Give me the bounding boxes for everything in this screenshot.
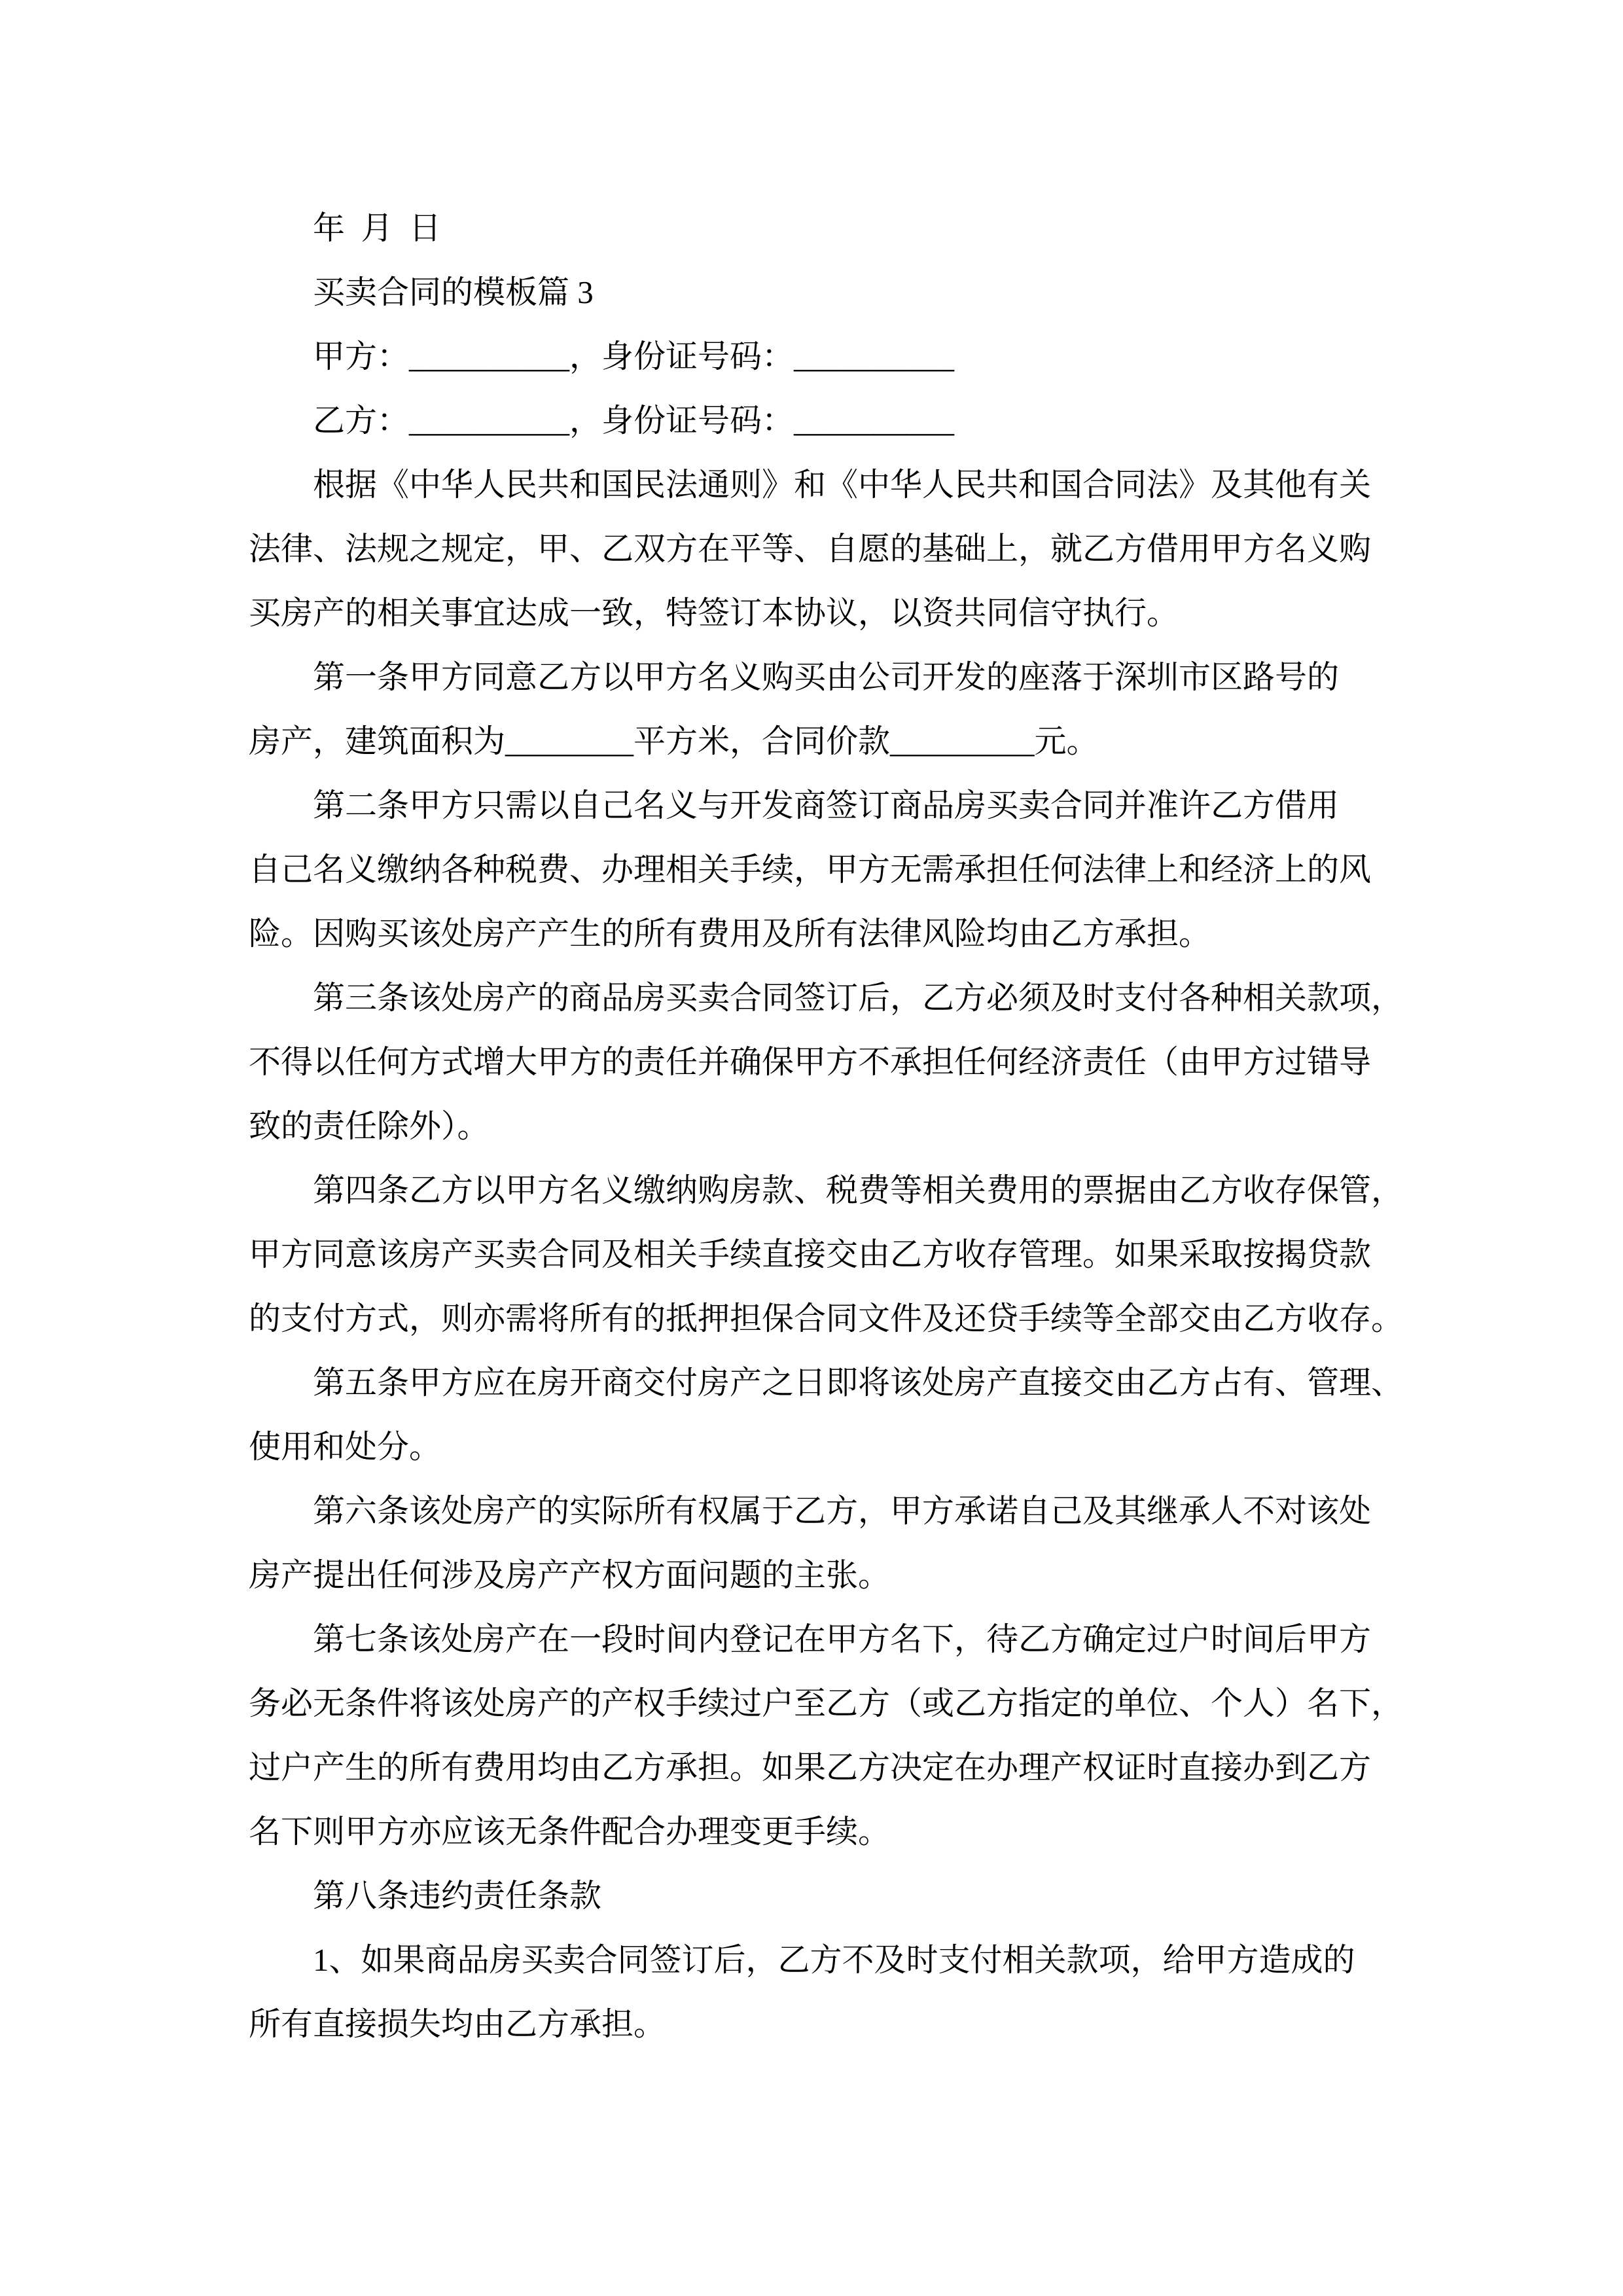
clause-8-item-1-line-2: 所有直接损失均由乙方承担。 — [249, 1992, 1400, 2056]
clause-3-line-2: 不得以任何方式增大甲方的责任并确保甲方不承担任何经济责任（由甲方过错导 — [249, 1030, 1400, 1094]
clause-3-line-1: 第三条该处房产的商品房买卖合同签订后，乙方必须及时支付各种相关款项， — [249, 966, 1400, 1030]
clause-1-line-1: 第一条甲方同意乙方以甲方名义购买由公司开发的座落于深圳市区路号的 — [249, 645, 1400, 709]
clause-4-line-3: 的支付方式，则亦需将所有的抵押担保合同文件及还贷手续等全部交由乙方收存。 — [249, 1287, 1400, 1351]
document-body: 年 月 日买卖合同的模板篇 3甲方：__________，身份证号码：_____… — [249, 196, 1400, 2056]
date-blank-line: 年 月 日 — [249, 196, 1400, 260]
clause-7-line-4: 名下则甲方亦应该无条件配合办理变更手续。 — [249, 1800, 1400, 1864]
clause-2-line-2: 自己名义缴纳各种税费、办理相关手续，甲方无需承担任何法律上和经济上的风 — [249, 838, 1400, 902]
template-title: 买卖合同的模板篇 3 — [249, 260, 1400, 325]
preamble-line-2: 法律、法规之规定，甲、乙双方在平等、自愿的基础上，就乙方借用甲方名义购 — [249, 517, 1400, 581]
clause-8-item-1-line-1: 1、如果商品房买卖合同签订后，乙方不及时支付相关款项，给甲方造成的 — [249, 1928, 1400, 1992]
clause-7-line-1: 第七条该处房产在一段时间内登记在甲方名下，待乙方确定过户时间后甲方 — [249, 1607, 1400, 1672]
clause-5-line-2: 使用和处分。 — [249, 1415, 1400, 1479]
party-a-line: 甲方：__________，身份证号码：__________ — [249, 325, 1400, 389]
preamble-line-3: 买房产的相关事宜达成一致，特签订本协议，以资共同信守执行。 — [249, 581, 1400, 645]
clause-3-line-3: 致的责任除外）。 — [249, 1094, 1400, 1158]
clause-8-heading: 第八条违约责任条款 — [249, 1864, 1400, 1928]
clause-1-line-2: 房产，建筑面积为________平方米，合同价款_________元。 — [249, 709, 1400, 774]
document-page: 年 月 日买卖合同的模板篇 3甲方：__________，身份证号码：_____… — [0, 0, 1623, 2296]
clause-6-line-1: 第六条该处房产的实际所有权属于乙方，甲方承诺自己及其继承人不对该处 — [249, 1479, 1400, 1543]
preamble-line-1: 根据《中华人民共和国民法通则》和《中华人民共和国合同法》及其他有关 — [249, 453, 1400, 517]
party-b-line: 乙方：__________，身份证号码：__________ — [249, 389, 1400, 453]
clause-4-line-1: 第四条乙方以甲方名义缴纳购房款、税费等相关费用的票据由乙方收存保管， — [249, 1158, 1400, 1223]
clause-5-line-1: 第五条甲方应在房开商交付房产之日即将该处房产直接交由乙方占有、管理、 — [249, 1351, 1400, 1415]
clause-2-line-1: 第二条甲方只需以自己名义与开发商签订商品房买卖合同并准许乙方借用 — [249, 774, 1400, 838]
clause-4-line-2: 甲方同意该房产买卖合同及相关手续直接交由乙方收存管理。如果采取按揭贷款 — [249, 1223, 1400, 1287]
clause-7-line-2: 务必无条件将该处房产的产权手续过户至乙方（或乙方指定的单位、个人）名下， — [249, 1672, 1400, 1736]
clause-7-line-3: 过户产生的所有费用均由乙方承担。如果乙方决定在办理产权证时直接办到乙方 — [249, 1736, 1400, 1800]
clause-6-line-2: 房产提出任何涉及房产产权方面问题的主张。 — [249, 1543, 1400, 1607]
clause-2-line-3: 险。因购买该处房产产生的所有费用及所有法律风险均由乙方承担。 — [249, 902, 1400, 966]
